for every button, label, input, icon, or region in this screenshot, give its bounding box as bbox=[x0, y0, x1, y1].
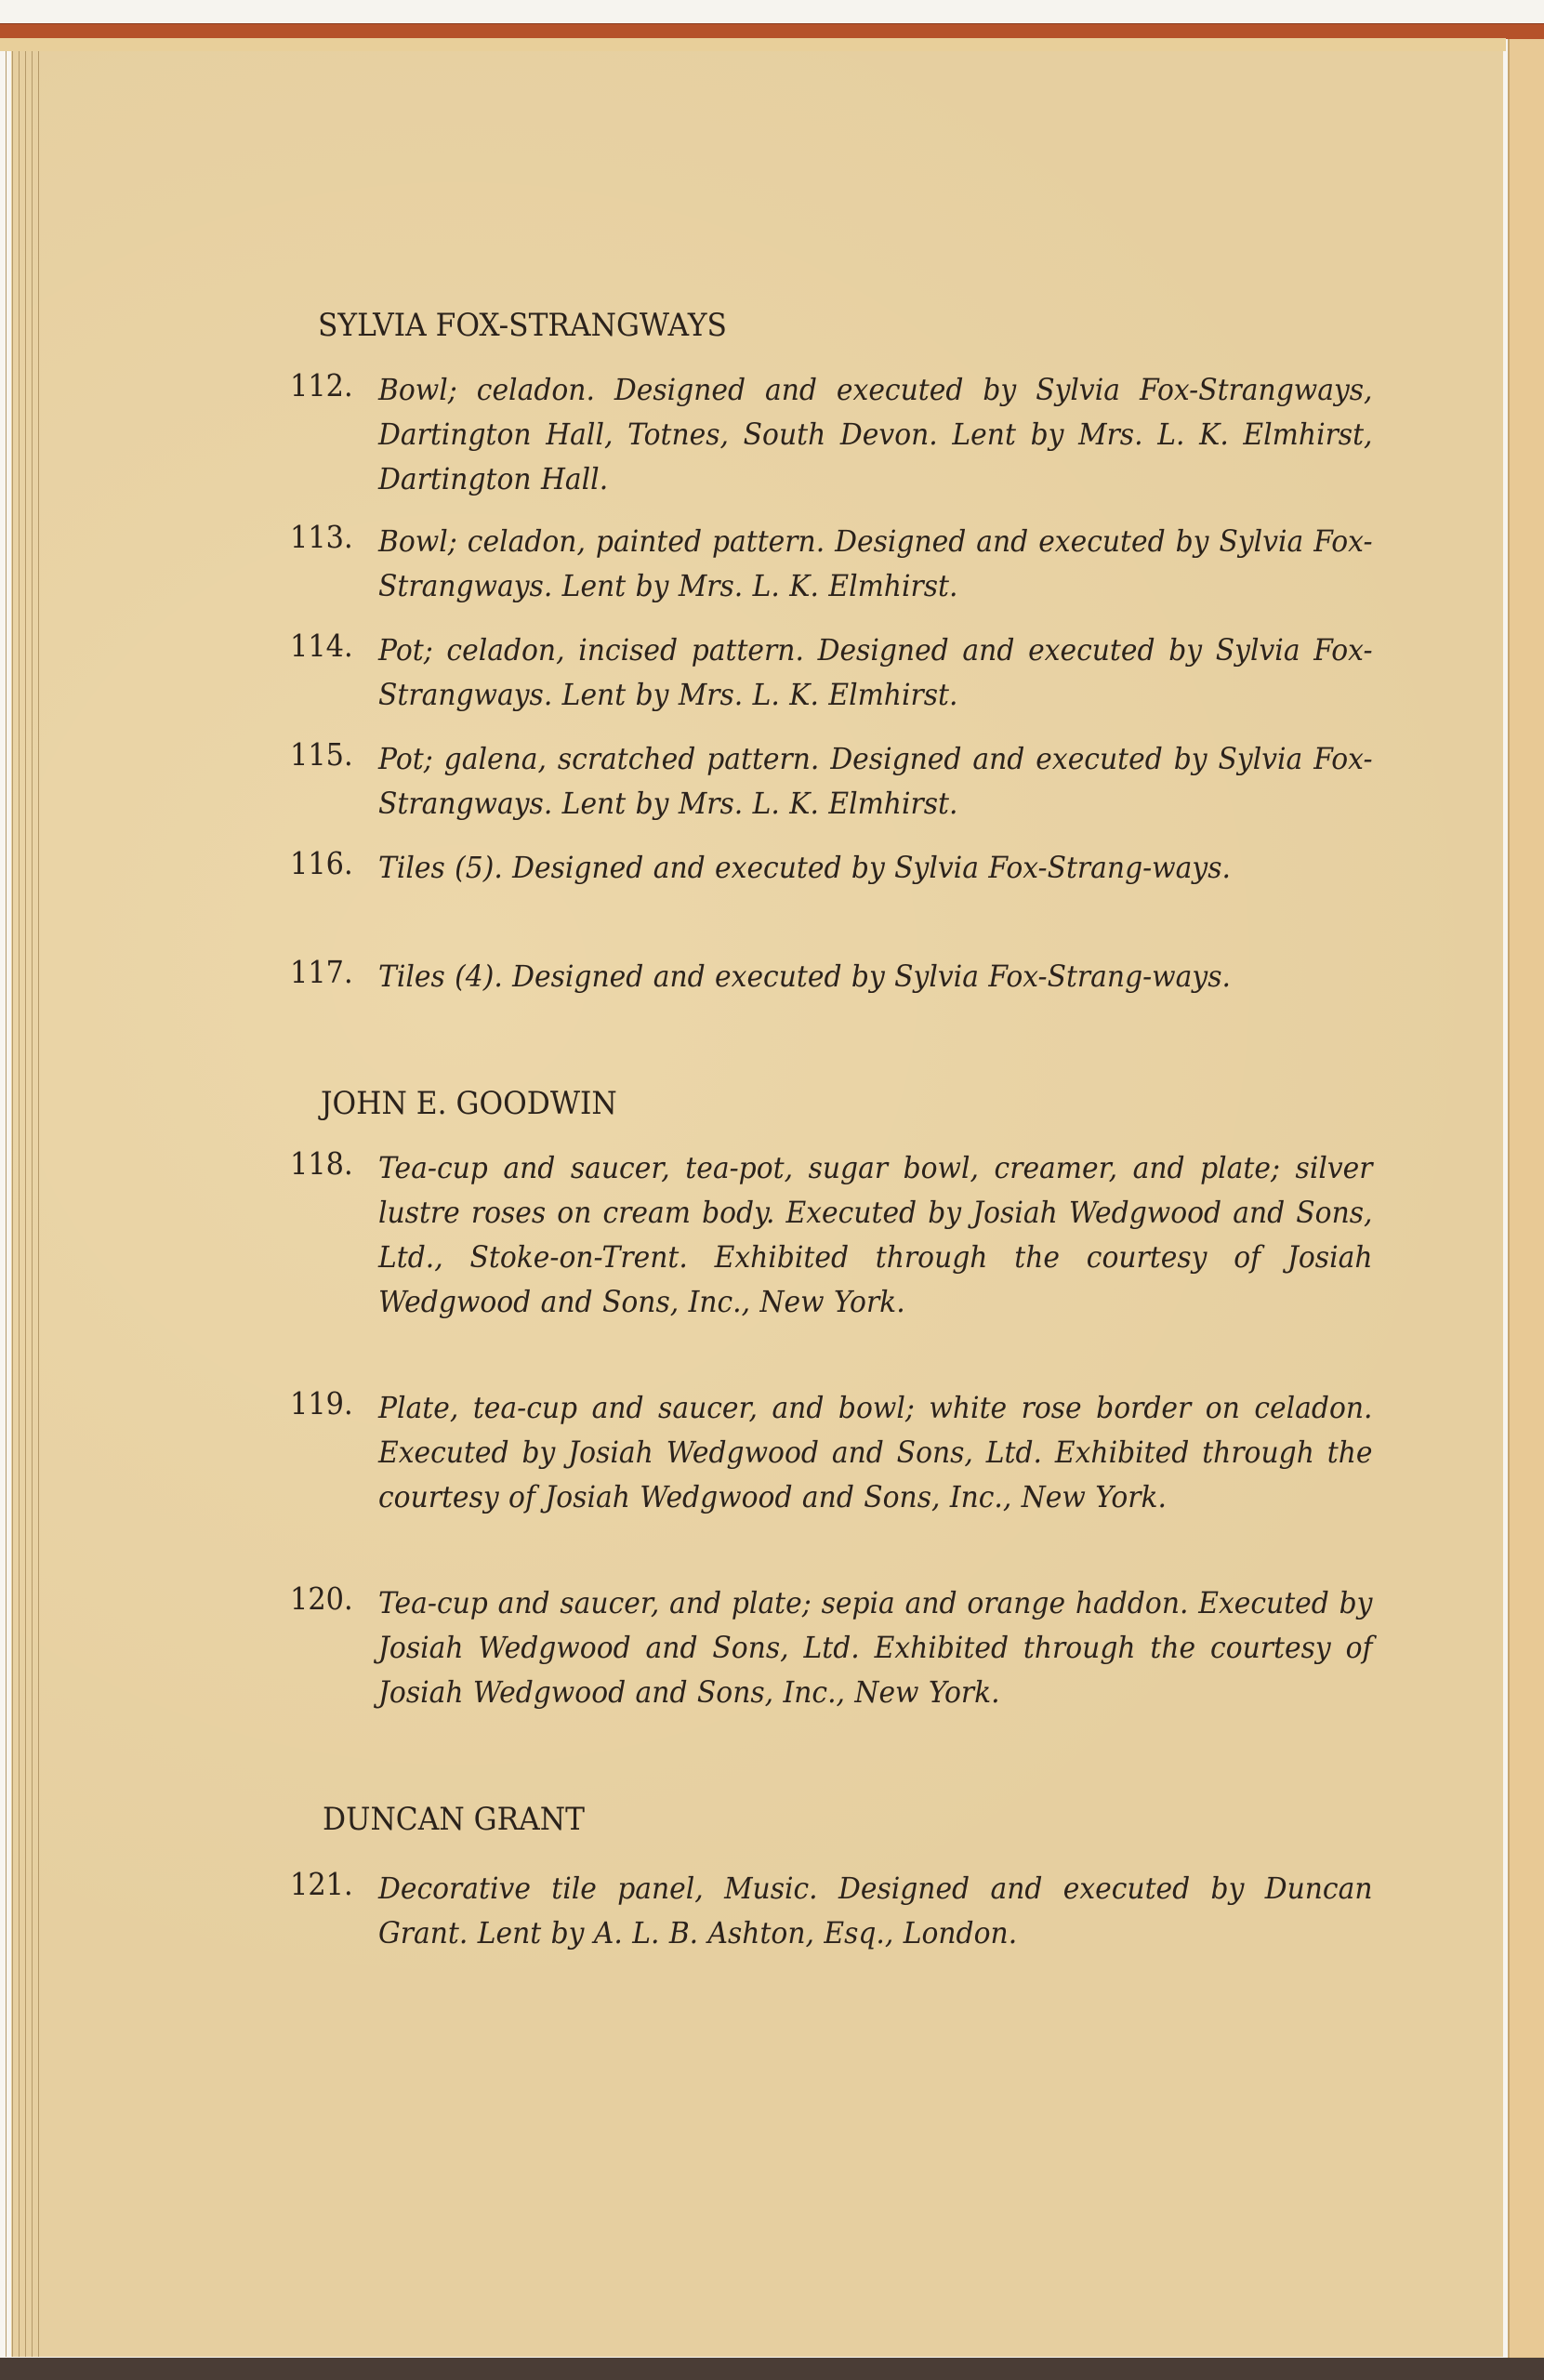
entry-text: Tea-cup and saucer, tea-pot, sugar bowl,… bbox=[378, 1145, 1373, 1324]
catalogue-entry-112: 112. Bowl; celadon. Designed and execute… bbox=[378, 367, 1373, 501]
catalogue-entry-115: 115. Pot; galena, scratched pattern. Des… bbox=[378, 736, 1373, 826]
entry-number: 116. bbox=[290, 845, 353, 881]
entry-number: 121. bbox=[290, 1866, 353, 1902]
entry-number: 119. bbox=[290, 1385, 353, 1421]
entry-text: Tea-cup and saucer, and plate; sepia and… bbox=[378, 1580, 1373, 1714]
entry-text: Bowl; celadon. Designed and executed by … bbox=[378, 367, 1373, 501]
entry-text: Decorative tile panel, Music. Designed a… bbox=[378, 1866, 1373, 1955]
section-heading-goodwin: JOHN E. GOODWIN bbox=[321, 1085, 617, 1122]
page-stack-edges bbox=[0, 51, 42, 2357]
entry-text: Bowl; celadon, painted pattern. Designed… bbox=[378, 519, 1373, 608]
catalogue-entry-121: 121. Decorative tile panel, Music. Desig… bbox=[378, 1866, 1373, 1955]
catalogue-entry-117: 117. Tiles (4). Designed and executed by… bbox=[378, 954, 1373, 998]
catalogue-entry-119: 119. Plate, tea-cup and saucer, and bowl… bbox=[378, 1385, 1373, 1519]
entry-text: Pot; galena, scratched pattern. Designed… bbox=[378, 736, 1373, 826]
entry-text: Plate, tea-cup and saucer, and bowl; whi… bbox=[378, 1385, 1373, 1519]
entry-number: 118. bbox=[290, 1145, 353, 1182]
catalogue-entry-118: 118. Tea-cup and saucer, tea-pot, sugar … bbox=[378, 1145, 1373, 1324]
catalogue-entry-113: 113. Bowl; celadon, painted pattern. Des… bbox=[378, 519, 1373, 608]
section-heading-fox-strangways: SYLVIA FOX-STRANGWAYS bbox=[318, 307, 727, 344]
entry-text: Pot; celadon, incised pattern. Designed … bbox=[378, 628, 1373, 717]
book-page: SYLVIA FOX-STRANGWAYS 112. Bowl; celadon… bbox=[11, 51, 1503, 2357]
catalogue-entry-116: 116. Tiles (5). Designed and executed by… bbox=[378, 845, 1373, 890]
entry-number: 113. bbox=[290, 519, 353, 555]
section-heading-grant: DUNCAN GRANT bbox=[323, 1801, 585, 1838]
entry-number: 114. bbox=[290, 628, 353, 664]
catalogue-entry-120: 120. Tea-cup and saucer, and plate; sepi… bbox=[378, 1580, 1373, 1714]
background-below-book bbox=[0, 2358, 1544, 2380]
background-above-book bbox=[0, 0, 1544, 23]
book-top-edge bbox=[0, 23, 1544, 39]
adjacent-page-edge bbox=[1508, 39, 1544, 2359]
entry-text: Tiles (4). Designed and executed by Sylv… bbox=[378, 954, 1373, 998]
entry-text: Tiles (5). Designed and executed by Sylv… bbox=[378, 845, 1373, 890]
entry-number: 120. bbox=[290, 1580, 353, 1617]
page-top-edge bbox=[0, 38, 1506, 51]
entry-number: 112. bbox=[290, 367, 353, 403]
catalogue-entry-114: 114. Pot; celadon, incised pattern. Desi… bbox=[378, 628, 1373, 717]
entry-number: 117. bbox=[290, 954, 353, 990]
entry-number: 115. bbox=[290, 736, 353, 773]
